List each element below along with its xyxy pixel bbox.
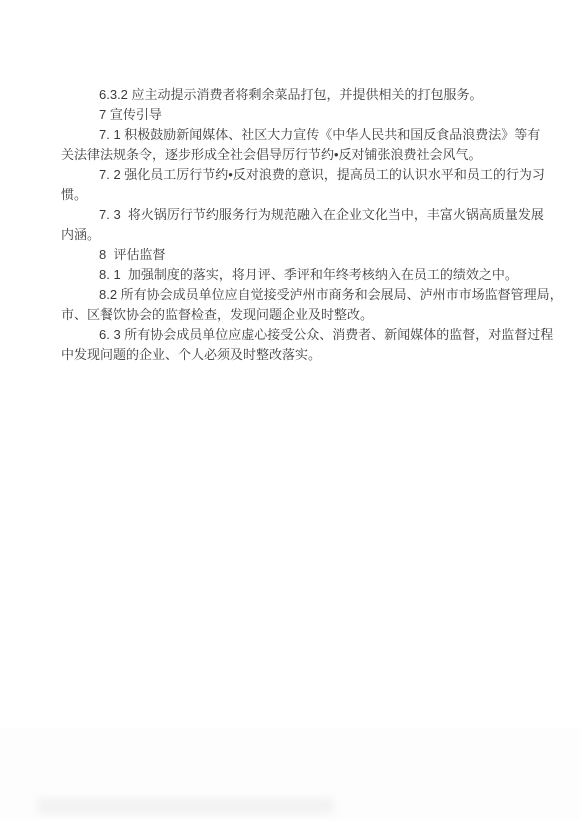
text-line: 7. 2 强化员工厉行节约•反对浪费的意识，提高员工的认识水平和员工的行为习	[61, 165, 526, 185]
text-line: 中发现问题的企业、个人必须及时整改落实。	[61, 345, 526, 365]
scan-artifact-tint	[0, 728, 580, 820]
text-line: 8.2 所有协会成员单位应自觉接受泸州市商务和会展局、泸州市市场监督管理局，	[61, 285, 526, 305]
page-number: - 12 -	[73, 757, 121, 773]
text-line: 关法律法规条令，逐步形成全社会倡导厉行节约•反对铺张浪费社会风气。	[61, 145, 526, 165]
text-line: 惯。	[61, 185, 526, 205]
text-line: 7. 3 将火锅厉行节约服务行为规范融入在企业文化当中，丰富火锅高质量发展	[61, 205, 526, 225]
text-line: 8 评估监督	[61, 245, 526, 265]
text-line: 8. 1 加强制度的落实，将月评、季评和年终考核纳入在员工的绩效之中。	[61, 265, 526, 285]
document-text-block: 6.3.2 应主动提示消费者将剩余菜品打包，并提供相关的打包服务。 7 宣传引导…	[61, 85, 526, 365]
text-line: 市、区餐饮协会的监督检查，发现问题企业及时整改。	[61, 305, 526, 325]
text-line: 内涵。	[61, 225, 526, 245]
text-line: 7. 1 积极鼓励新闻媒体、社区大力宣传《中华人民共和国反食品浪费法》等有	[61, 125, 526, 145]
text-line: 6.3.2 应主动提示消费者将剩余菜品打包，并提供相关的打包服务。	[61, 85, 526, 105]
text-line: 6. 3 所有协会成员单位应虚心接受公众、消费者、新闻媒体的监督，对监督过程	[61, 325, 526, 345]
scan-artifact-shadow	[38, 798, 333, 814]
text-line: 7 宣传引导	[61, 105, 526, 125]
document-page: 6.3.2 应主动提示消费者将剩余菜品打包，并提供相关的打包服务。 7 宣传引导…	[0, 0, 580, 820]
